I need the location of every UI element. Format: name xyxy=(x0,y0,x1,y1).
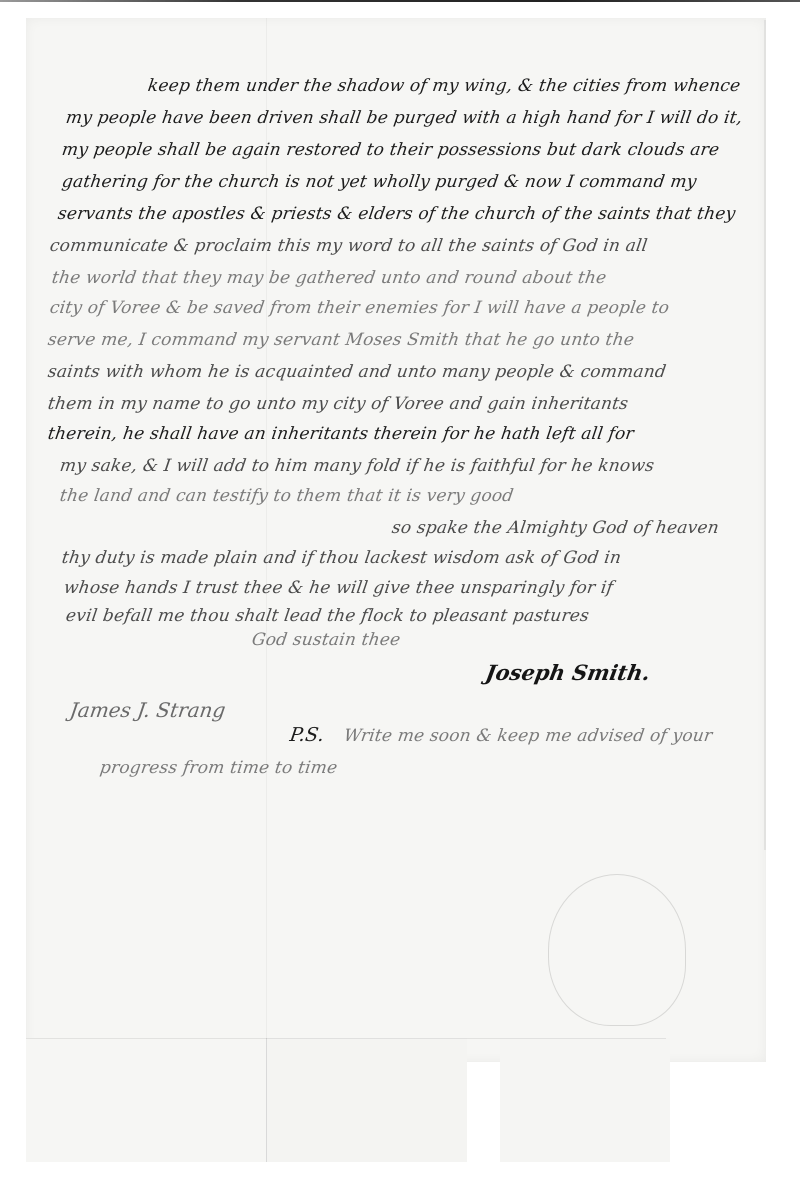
horizontal-fold-crease xyxy=(26,1038,666,1039)
body-line-3: my people shall be again restored to the… xyxy=(61,140,721,160)
body-line-6: communicate & proclaim this my word to a… xyxy=(49,236,649,256)
closing-line-1: thy duty is made plain and if thou lacke… xyxy=(61,548,623,568)
body-line-11: them in my name to go unto my city of Vo… xyxy=(47,394,630,414)
scan-top-edge xyxy=(0,0,800,2)
body-line-14: the land and can testify to them that it… xyxy=(59,486,515,506)
body-line-12: therein, he shall have an inheritants th… xyxy=(47,424,636,444)
letter-paper-lower-panel-right xyxy=(266,1038,467,1162)
postscript-line-1: Write me soon & keep me advised of your xyxy=(343,726,714,746)
body-line-5: servants the apostles & priests & elders… xyxy=(57,204,737,224)
body-line-4: gathering for the church is not yet whol… xyxy=(61,172,698,192)
letter-paper-torn-corner xyxy=(500,1038,670,1162)
benediction: God sustain thee xyxy=(251,630,402,650)
addressee-name: James J. Strang xyxy=(68,698,227,722)
body-line-8: city of Voree & be saved from their enem… xyxy=(49,298,671,318)
body-line-9: serve me, I command my servant Moses Smi… xyxy=(47,330,636,350)
closing-line-2: whose hands I trust thee & he will give … xyxy=(63,578,615,598)
body-line-2: my people have been driven shall be purg… xyxy=(65,108,744,128)
postscript-label: P.S. xyxy=(288,724,325,746)
body-line-7: the world that they may be gathered unto… xyxy=(51,268,608,288)
attribution-line: so spake the Almighty God of heaven xyxy=(391,518,721,538)
signature-joseph-smith: Joseph Smith. xyxy=(484,660,652,685)
body-line-1: keep them under the shadow of my wing, &… xyxy=(147,76,742,96)
body-line-13: my sake, & I will add to him many fold i… xyxy=(59,456,656,476)
body-line-10: saints with whom he is acquainted and un… xyxy=(47,362,668,382)
postscript-line-2: progress from time to time xyxy=(99,758,339,778)
closing-line-3: evil befall me thou shalt lead the flock… xyxy=(65,606,591,626)
seal-stain-mark xyxy=(548,874,686,1026)
paper-right-edge xyxy=(764,20,766,850)
